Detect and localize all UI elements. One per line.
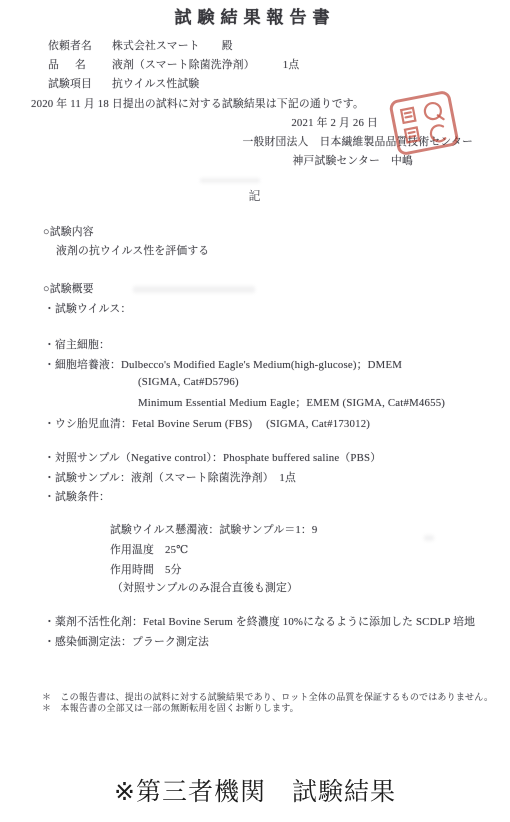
- client-label: 依頼者名: [48, 40, 92, 52]
- product-row: 品名液剤（スマート除菌洗浄剤）1点: [48, 57, 299, 72]
- control-sample-row: ・対照サンプル（Negative control）：Phosphate buff…: [44, 450, 381, 465]
- test-sample-row: ・試験サンプル：液剤（スマート除菌洗浄剤） 1点: [44, 470, 296, 485]
- seal-glyphs-icon: [392, 93, 457, 153]
- scanned-document: 試験結果報告書 依頼者名株式会社スマート殿 品名液剤（スマート除菌洗浄剤）1点 …: [0, 0, 510, 822]
- client-honorific: 殿: [222, 40, 233, 52]
- client-row: 依頼者名株式会社スマート殿: [48, 38, 233, 53]
- product-name: 液剤（スマート除菌洗浄剤）: [112, 59, 255, 71]
- scan-smudge: [424, 535, 434, 541]
- test-item-row: 試験項目抗ウイルス性試験: [48, 76, 199, 91]
- scan-smudge: [133, 286, 255, 293]
- conditions-label: ・試験条件：: [44, 489, 110, 504]
- medium-row-3: Minimum Essential Medium Eagle；EMEM (SIG…: [138, 395, 445, 410]
- assay-method-row: ・感染価測定法：プラーク測定法: [44, 634, 209, 649]
- summary-heading: ○試験概要: [43, 281, 94, 296]
- report-page: 試験結果報告書 依頼者名株式会社スマート殿 品名液剤（スマート除菌洗浄剤）1点 …: [0, 0, 510, 822]
- host-cell-row: ・宿主細胞：: [44, 337, 110, 352]
- content-description: 液剤の抗ウイルス性を評価する: [56, 243, 209, 258]
- footnote-2: ＊ 本報告書の全部又は一部の無断転用を固くお断りします。: [42, 701, 299, 714]
- product-label-b: 名: [75, 59, 86, 71]
- record-marker: 記: [0, 187, 510, 204]
- report-date: 2021 年 2 月 26 日: [291, 115, 378, 130]
- condition-note: （対照サンプルのみ混合直後も測定）: [112, 580, 298, 595]
- test-item-value: 抗ウイルス性試験: [112, 78, 199, 90]
- virus-row: ・試験ウイルス：: [44, 301, 131, 316]
- third-party-caption: ※第三者機関 試験結果: [0, 772, 510, 808]
- content-heading: ○試験内容: [43, 224, 94, 239]
- condition-ratio: 試験ウイルス懸濁液：試験サンプル＝1：9: [110, 522, 318, 537]
- product-qty: 1点: [283, 59, 300, 71]
- medium-row-2: (SIGMA, Cat#D5796): [138, 376, 239, 388]
- scan-smudge: [200, 178, 260, 183]
- product-label-a: 品: [48, 59, 59, 71]
- test-item-label: 試験項目: [48, 78, 92, 90]
- client-name: 株式会社スマート: [112, 40, 200, 52]
- condition-time: 作用時間 5分: [110, 562, 182, 577]
- inactivator-row: ・薬剤不活性化剤：Fetal Bovine Serum を終濃度 10%になるよ…: [44, 614, 475, 629]
- condition-temperature: 作用温度 25℃: [110, 542, 188, 557]
- test-center-line: 神戸試験センター 中嶋: [292, 153, 413, 168]
- medium-row-1: ・細胞培養液：Dulbecco's Modified Eagle's Mediu…: [44, 357, 402, 372]
- red-approval-seal: [388, 90, 460, 157]
- report-title: 試験結果報告書: [0, 3, 510, 28]
- intro-line: 2020 年 11 月 18 日提出の試料に対する試験結果は下記の通りです。: [31, 96, 364, 111]
- serum-row: ・ウシ胎児血清：Fetal Bovine Serum (FBS) (SIGMA,…: [44, 416, 370, 431]
